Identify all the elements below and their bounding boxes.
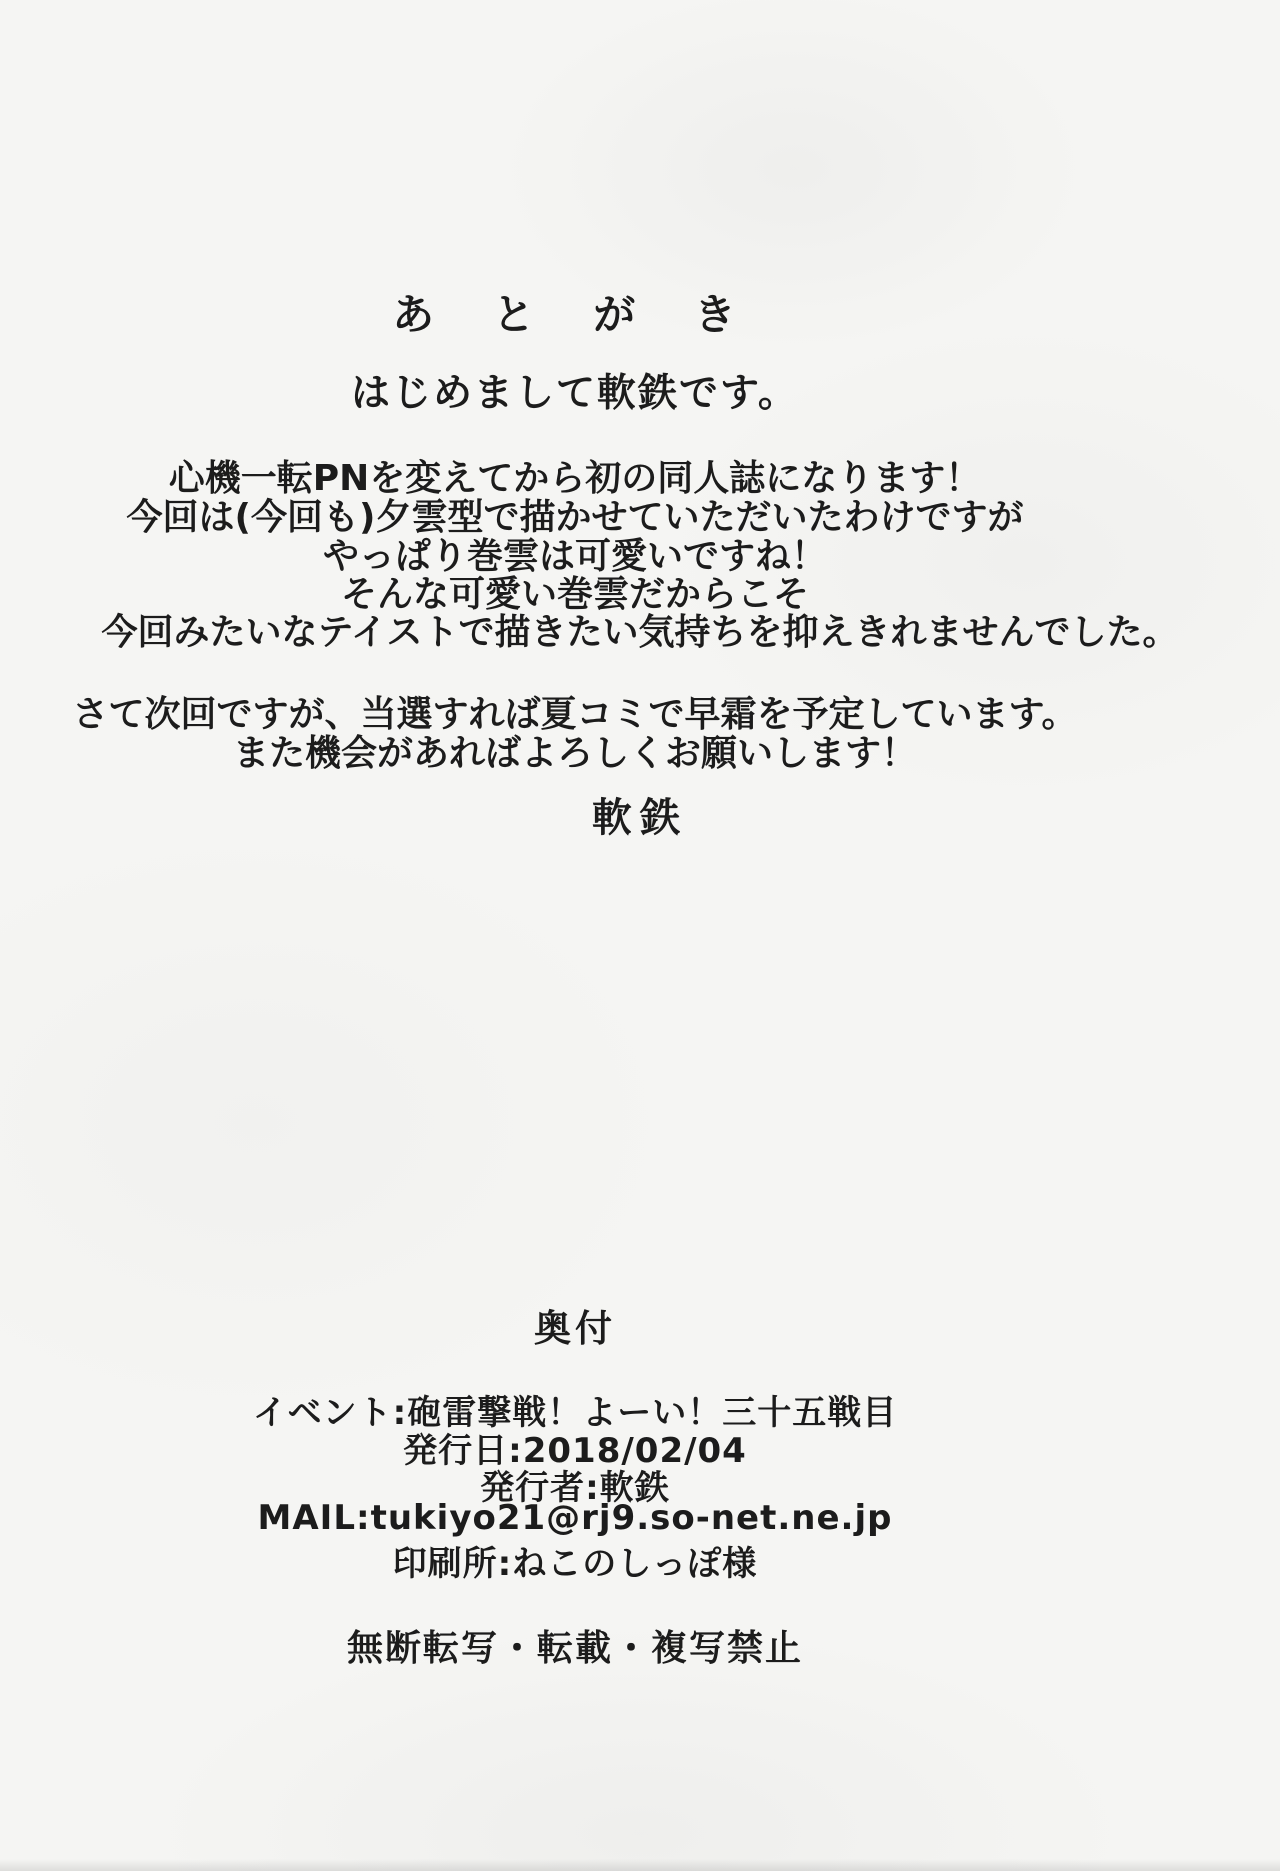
scanned-afterword-page: あ と が き はじめまして軟鉄です。 心機一転PNを変えてから初の同人誌になり… (0, 0, 1280, 1871)
colophon-title: 奥付 (0, 1298, 1215, 1352)
afterword-signature: 軟鉄 (0, 786, 1280, 843)
colophon-mail-line: MAIL:tukiyo21@rj9.so-net.ne.jp (0, 1498, 1215, 1538)
afterword-title: あ と が き (0, 282, 1215, 342)
afterword-paragraph1-line5: 今回みたいなテイストで描きたい気持ちを抑えきれませんでした。 (0, 604, 1280, 655)
colophon-printer-line: 印刷所:ねこのしっぽ様 (0, 1536, 1215, 1585)
scan-edge-shadow (0, 1859, 1280, 1871)
copyright-notice: 無断転写・転載・複写禁止 (0, 1620, 1215, 1671)
afterword-paragraph2-line2: また機会があればよろしくお願いします！ (0, 725, 1215, 776)
afterword-greeting: はじめまして軟鉄です。 (0, 362, 1215, 418)
